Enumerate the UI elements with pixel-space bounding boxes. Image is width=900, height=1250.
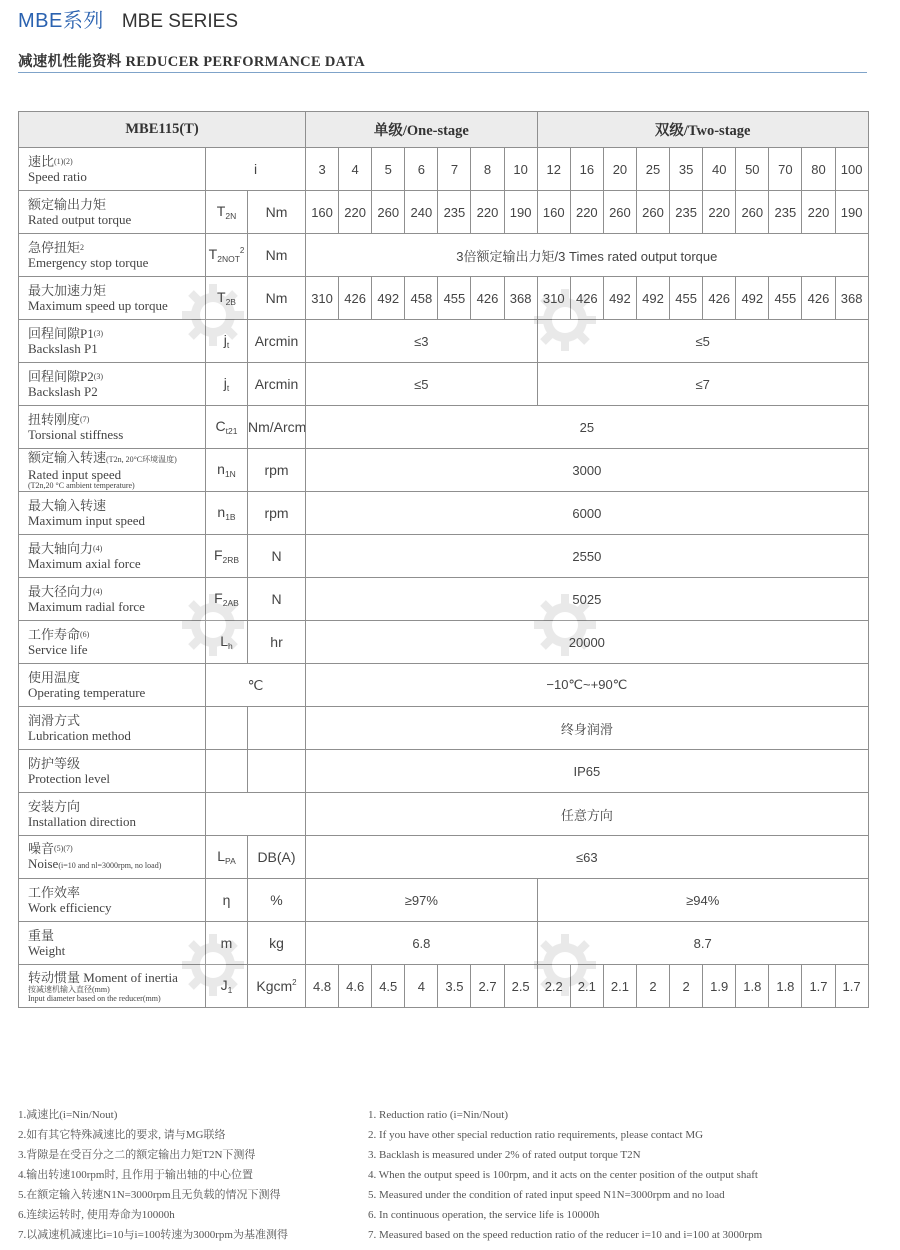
value-cell: 426 [471, 277, 504, 320]
table-row-estop_torque: 急停扭矩2Emergency stop torqueT2NOT2Nm3倍额定输出… [19, 234, 869, 277]
value-cell: 1.7 [835, 965, 868, 1008]
value-cell: 310 [306, 277, 339, 320]
label-en: Service life [28, 642, 205, 657]
value-cell: 4 [405, 965, 438, 1008]
symbol-cell: LPA [206, 836, 248, 879]
value-cell: 426 [570, 277, 603, 320]
value-cell: 426 [802, 277, 835, 320]
row-label-protection: 防护等级Protection level [19, 750, 206, 793]
row-label-estop_torque: 急停扭矩2Emergency stop torque [19, 234, 206, 277]
unit-cell [248, 707, 306, 750]
value-cell: 6000 [306, 492, 869, 535]
footnote-cn: 4.输出转速100rpm时, 且作用于输出轴的中心位置 [18, 1165, 288, 1185]
label-cn: 急停扭矩2 [28, 240, 205, 255]
label-cn: 回程间隙P1(3) [28, 326, 205, 341]
value-cell: 3 [306, 148, 339, 191]
label-cn: 最大输入转速 [28, 498, 205, 513]
value-cell: 3000 [306, 449, 869, 492]
one-stage-header: 单级/One-stage [306, 112, 538, 148]
row-label-ratio: 速比(1)(2)Speed ratio [19, 148, 206, 191]
one-stage-value: ≤5 [306, 363, 538, 406]
value-cell: 455 [438, 277, 471, 320]
row-label-radial_force: 最大径向力(4)Maximum radial force [19, 578, 206, 621]
row-label-noise: 噪音(5)(7)Noise(i=10 and nl=3000rpm, no lo… [19, 836, 206, 879]
performance-table: MBE115(T)单级/One-stage双级/Two-stage速比(1)(2… [18, 111, 869, 1008]
table-row-ratio: 速比(1)(2)Speed ratioi34567810121620253540… [19, 148, 869, 191]
value-cell: 1.8 [769, 965, 802, 1008]
label-en: Installation direction [28, 814, 205, 829]
value-cell: 4 [339, 148, 372, 191]
value-cell: 220 [471, 191, 504, 234]
one-stage-value: ≥97% [306, 879, 538, 922]
value-cell: 25 [636, 148, 669, 191]
footnote-en: 3. Backlash is measured under 2% of rate… [368, 1145, 762, 1165]
label-cn: 速比(1)(2) [28, 154, 205, 169]
value-cell: 492 [372, 277, 405, 320]
row-label-lubrication: 润滑方式Lubrication method [19, 707, 206, 750]
section-title: 减速机性能资料 REDUCER PERFORMANCE DATA [18, 54, 365, 70]
row-label-inertia: 转动惯量 Moment of inertia按减速机输入直径(mm)Input … [19, 965, 206, 1008]
two-stage-value: ≤5 [537, 320, 868, 363]
label-cn: 工作寿命(6) [28, 627, 205, 642]
value-cell: 2.1 [603, 965, 636, 1008]
value-cell: 1.9 [703, 965, 736, 1008]
one-stage-value: ≤3 [306, 320, 538, 363]
row-label-efficiency: 工作效率Work efficiency [19, 879, 206, 922]
value-cell: IP65 [306, 750, 869, 793]
two-stage-header: 双级/Two-stage [537, 112, 868, 148]
label-cn: 工作效率 [28, 885, 205, 900]
unit-cell: N [248, 535, 306, 578]
footnote-en: 2. If you have other special reduction r… [368, 1125, 762, 1145]
table-row-max_speed: 最大输入转速Maximum input speedn1Brpm6000 [19, 492, 869, 535]
label-cn: 噪音(5)(7) [28, 841, 205, 856]
value-cell: −10℃~+90℃ [306, 664, 869, 707]
model-name: MBE115(T) [19, 112, 306, 148]
symbol-cell [206, 707, 248, 750]
value-cell: 220 [703, 191, 736, 234]
unit-cell: DB(A) [248, 836, 306, 879]
value-cell: 8 [471, 148, 504, 191]
row-label-temperature: 使用温度Operating temperature [19, 664, 206, 707]
unit-cell: Nm/Arcmin [248, 406, 306, 449]
symbol-cell: F2AB [206, 578, 248, 621]
value-cell: 220 [570, 191, 603, 234]
value-cell: 2.5 [504, 965, 537, 1008]
table-row-max_torque: 最大加速力矩Maximum speed up torqueT2BNm310426… [19, 277, 869, 320]
value-cell: 任意方向 [306, 793, 869, 836]
table-row-backlash_p2: 回程间隙P2(3)Backslash P2jtArcmin≤5≤7 [19, 363, 869, 406]
label-cn: 使用温度 [28, 670, 205, 685]
one-stage-value: 6.8 [306, 922, 538, 965]
value-cell: 5 [372, 148, 405, 191]
value-cell: 10 [504, 148, 537, 191]
row-label-weight: 重量Weight [19, 922, 206, 965]
value-cell: 235 [670, 191, 703, 234]
label-cn: 最大轴向力(4) [28, 541, 205, 556]
value-cell: 492 [736, 277, 769, 320]
unit-cell: Kgcm2 [248, 965, 306, 1008]
value-cell: 35 [670, 148, 703, 191]
value-cell: 310 [537, 277, 570, 320]
value-cell: 240 [405, 191, 438, 234]
row-label-axial_force: 最大轴向力(4)Maximum axial force [19, 535, 206, 578]
footnote-cn: 3.背隙是在受百分之二的额定输出力矩T2N下测得 [18, 1145, 288, 1165]
value-cell: 16 [570, 148, 603, 191]
symbol-cell: jt [206, 320, 248, 363]
unit-cell: Nm [248, 277, 306, 320]
row-label-rated_speed: 额定输入转速(T2n, 20°C环境温度)Rated input speed(T… [19, 449, 206, 492]
value-cell: 260 [372, 191, 405, 234]
unit-cell: N [248, 578, 306, 621]
footnote-en: 5. Measured under the condition of rated… [368, 1185, 762, 1205]
table-row-noise: 噪音(5)(7)Noise(i=10 and nl=3000rpm, no lo… [19, 836, 869, 879]
value-cell: 235 [769, 191, 802, 234]
unit-cell: Arcmin [248, 320, 306, 363]
value-cell: 368 [835, 277, 868, 320]
unit-cell: rpm [248, 449, 306, 492]
value-cell: 2.2 [537, 965, 570, 1008]
value-cell: 190 [504, 191, 537, 234]
value-cell: 492 [603, 277, 636, 320]
value-cell: 2.7 [471, 965, 504, 1008]
value-cell: 6 [405, 148, 438, 191]
value-cell: 2 [636, 965, 669, 1008]
table-row-backlash_p1: 回程间隙P1(3)Backslash P1jtArcmin≤3≤5 [19, 320, 869, 363]
table-row-stiffness: 扭转刚度(7)Torsional stiffnessCt21Nm/Arcmin2… [19, 406, 869, 449]
label-en: Work efficiency [28, 900, 205, 915]
symbol-cell: J1 [206, 965, 248, 1008]
footnote-en: 4. When the output speed is 100rpm, and … [368, 1165, 762, 1185]
value-cell: 20 [603, 148, 636, 191]
label-en: Weight [28, 943, 205, 958]
symbol-cell: Ct21 [206, 406, 248, 449]
footnote-cn: 6.连续运转时, 使用寿命为10000h [18, 1205, 288, 1225]
value-cell: 4.5 [372, 965, 405, 1008]
unit-cell [248, 750, 306, 793]
label-en: Rated output torque [28, 212, 205, 227]
value-cell: 260 [636, 191, 669, 234]
row-label-backlash_p2: 回程间隙P2(3)Backslash P2 [19, 363, 206, 406]
value-cell: ≤63 [306, 836, 869, 879]
value-cell: 12 [537, 148, 570, 191]
value-cell: 235 [438, 191, 471, 234]
footnote-cn: 1.减速比(i=Nin/Nout) [18, 1105, 288, 1125]
row-label-rated_torque: 额定输出力矩Rated output torque [19, 191, 206, 234]
label-en: Noise(i=10 and nl=3000rpm, no load) [28, 856, 205, 873]
footnote-cn: 5.在额定输入转速N1N=3000rpm且无负载的情况下测得 [18, 1185, 288, 1205]
series-title-en: MBE SERIES [122, 11, 238, 33]
value-cell: 4.6 [339, 965, 372, 1008]
footnote-en: 7. Measured based on the speed reduction… [368, 1225, 762, 1245]
label-en: Backslash P1 [28, 341, 205, 356]
footnote-en: 6. In continuous operation, the service … [368, 1205, 762, 1225]
label-en: Rated input speed [28, 467, 205, 482]
two-stage-value: ≤7 [537, 363, 868, 406]
symbol-cell: m [206, 922, 248, 965]
value-cell: 80 [802, 148, 835, 191]
label-cn: 最大加速力矩 [28, 283, 205, 298]
value-cell: 455 [769, 277, 802, 320]
footnote-cn: 2.如有其它特殊减速比的要求, 请与MG联络 [18, 1125, 288, 1145]
value-cell: 100 [835, 148, 868, 191]
label-cn: 重量 [28, 928, 205, 943]
footnotes-en: 1. Reduction ratio (i=Nin/Nout)2. If you… [368, 1105, 762, 1245]
label-cn: 扭转刚度(7) [28, 412, 205, 427]
symbol-cell: T2NOT2 [206, 234, 248, 277]
value-cell: 492 [636, 277, 669, 320]
symbol-unit-cell [206, 793, 306, 836]
table-row-rated_speed: 额定输入转速(T2n, 20°C环境温度)Rated input speed(T… [19, 449, 869, 492]
value-cell: 50 [736, 148, 769, 191]
label-en: Operating temperature [28, 685, 205, 700]
table-row-protection: 防护等级Protection levelIP65 [19, 750, 869, 793]
unit-cell: rpm [248, 492, 306, 535]
value-cell: 220 [802, 191, 835, 234]
value-cell: 426 [339, 277, 372, 320]
footnote-en: 1. Reduction ratio (i=Nin/Nout) [368, 1105, 762, 1125]
label-en: Protection level [28, 771, 205, 786]
unit-cell: Arcmin [248, 363, 306, 406]
symbol-cell: i [206, 148, 306, 191]
footnotes-cn: 1.减速比(i=Nin/Nout)2.如有其它特殊减速比的要求, 请与MG联络3… [18, 1105, 288, 1245]
two-stage-value: 8.7 [537, 922, 868, 965]
value-cell: 260 [603, 191, 636, 234]
row-label-backlash_p1: 回程间隙P1(3)Backslash P1 [19, 320, 206, 363]
value-cell: 5025 [306, 578, 869, 621]
table-row-weight: 重量Weightmkg6.88.7 [19, 922, 869, 965]
value-cell: 426 [703, 277, 736, 320]
table-row-temperature: 使用温度Operating temperature℃−10℃~+90℃ [19, 664, 869, 707]
label-en: Maximum input speed [28, 513, 205, 528]
unit-cell: hr [248, 621, 306, 664]
label-en: Torsional stiffness [28, 427, 205, 442]
symbol-cell: jt [206, 363, 248, 406]
label-cn: 安装方向 [28, 799, 205, 814]
symbol-cell: T2B [206, 277, 248, 320]
label-cn: 润滑方式 [28, 713, 205, 728]
table-row-installation: 安装方向Installation direction任意方向 [19, 793, 869, 836]
label-cn: 回程间隙P2(3) [28, 369, 205, 384]
table-header-row: MBE115(T)单级/One-stage双级/Two-stage [19, 112, 869, 148]
value-cell: 368 [504, 277, 537, 320]
value-cell: 7 [438, 148, 471, 191]
series-title-cn: MBE系列 [18, 4, 104, 33]
value-cell: 190 [835, 191, 868, 234]
table-row-inertia: 转动惯量 Moment of inertia按减速机输入直径(mm)Input … [19, 965, 869, 1008]
value-cell: 3.5 [438, 965, 471, 1008]
symbol-cell: η [206, 879, 248, 922]
unit-cell: Nm [248, 234, 306, 277]
table-row-service_life: 工作寿命(6)Service lifeLhhr20000 [19, 621, 869, 664]
label-cn: 最大径向力(4) [28, 584, 205, 599]
footnote-cn: 7.以减速机减速比i=10与i=100转速为3000rpm为基准测得 [18, 1225, 288, 1245]
table-row-radial_force: 最大径向力(4)Maximum radial forceF2ABN5025 [19, 578, 869, 621]
label-cn: 防护等级 [28, 756, 205, 771]
two-stage-value: ≥94% [537, 879, 868, 922]
series-header: MBE系列 MBE SERIES [18, 4, 238, 34]
value-cell: 70 [769, 148, 802, 191]
value-cell: 160 [306, 191, 339, 234]
value-cell: 20000 [306, 621, 869, 664]
value-cell: 2 [670, 965, 703, 1008]
symbol-cell: F2RB [206, 535, 248, 578]
label-en: Emergency stop torque [28, 255, 205, 270]
label-en: Maximum radial force [28, 599, 205, 614]
value-cell: 4.8 [306, 965, 339, 1008]
row-label-max_torque: 最大加速力矩Maximum speed up torque [19, 277, 206, 320]
label-cn: 额定输出力矩 [28, 197, 205, 212]
row-label-service_life: 工作寿命(6)Service life [19, 621, 206, 664]
table-row-axial_force: 最大轴向力(4)Maximum axial forceF2RBN2550 [19, 535, 869, 578]
value-cell: 160 [537, 191, 570, 234]
table-row-lubrication: 润滑方式Lubrication method终身润滑 [19, 707, 869, 750]
value-cell: 40 [703, 148, 736, 191]
label-en: Speed ratio [28, 169, 205, 184]
unit-cell: ℃ [206, 664, 306, 707]
value-cell: 3倍额定输出力矩/3 Times rated output torque [306, 234, 869, 277]
value-cell: 2550 [306, 535, 869, 578]
value-cell: 260 [736, 191, 769, 234]
label-cn: 转动惯量 Moment of inertia [28, 970, 205, 985]
value-cell: 458 [405, 277, 438, 320]
table-row-rated_torque: 额定输出力矩Rated output torqueT2NNm1602202602… [19, 191, 869, 234]
value-cell: 终身润滑 [306, 707, 869, 750]
value-cell: 2.1 [570, 965, 603, 1008]
symbol-cell [206, 750, 248, 793]
row-label-installation: 安装方向Installation direction [19, 793, 206, 836]
row-label-stiffness: 扭转刚度(7)Torsional stiffness [19, 406, 206, 449]
row-label-max_speed: 最大输入转速Maximum input speed [19, 492, 206, 535]
unit-cell: Nm [248, 191, 306, 234]
value-cell: 1.7 [802, 965, 835, 1008]
label-en: Maximum speed up torque [28, 298, 205, 313]
symbol-cell: T2N [206, 191, 248, 234]
label-en: Lubrication method [28, 728, 205, 743]
symbol-cell: n1N [206, 449, 248, 492]
value-cell: 455 [670, 277, 703, 320]
value-cell: 25 [306, 406, 869, 449]
label-cn: 额定输入转速(T2n, 20°C环境温度) [28, 450, 205, 467]
unit-cell: kg [248, 922, 306, 965]
value-cell: 220 [339, 191, 372, 234]
symbol-cell: Lh [206, 621, 248, 664]
section-heading: 减速机性能资料 REDUCER PERFORMANCE DATA [18, 50, 867, 73]
table-row-efficiency: 工作效率Work efficiencyη%≥97%≥94% [19, 879, 869, 922]
value-cell: 1.8 [736, 965, 769, 1008]
label-en: Backslash P2 [28, 384, 205, 399]
unit-cell: % [248, 879, 306, 922]
label-en: Maximum axial force [28, 556, 205, 571]
symbol-cell: n1B [206, 492, 248, 535]
